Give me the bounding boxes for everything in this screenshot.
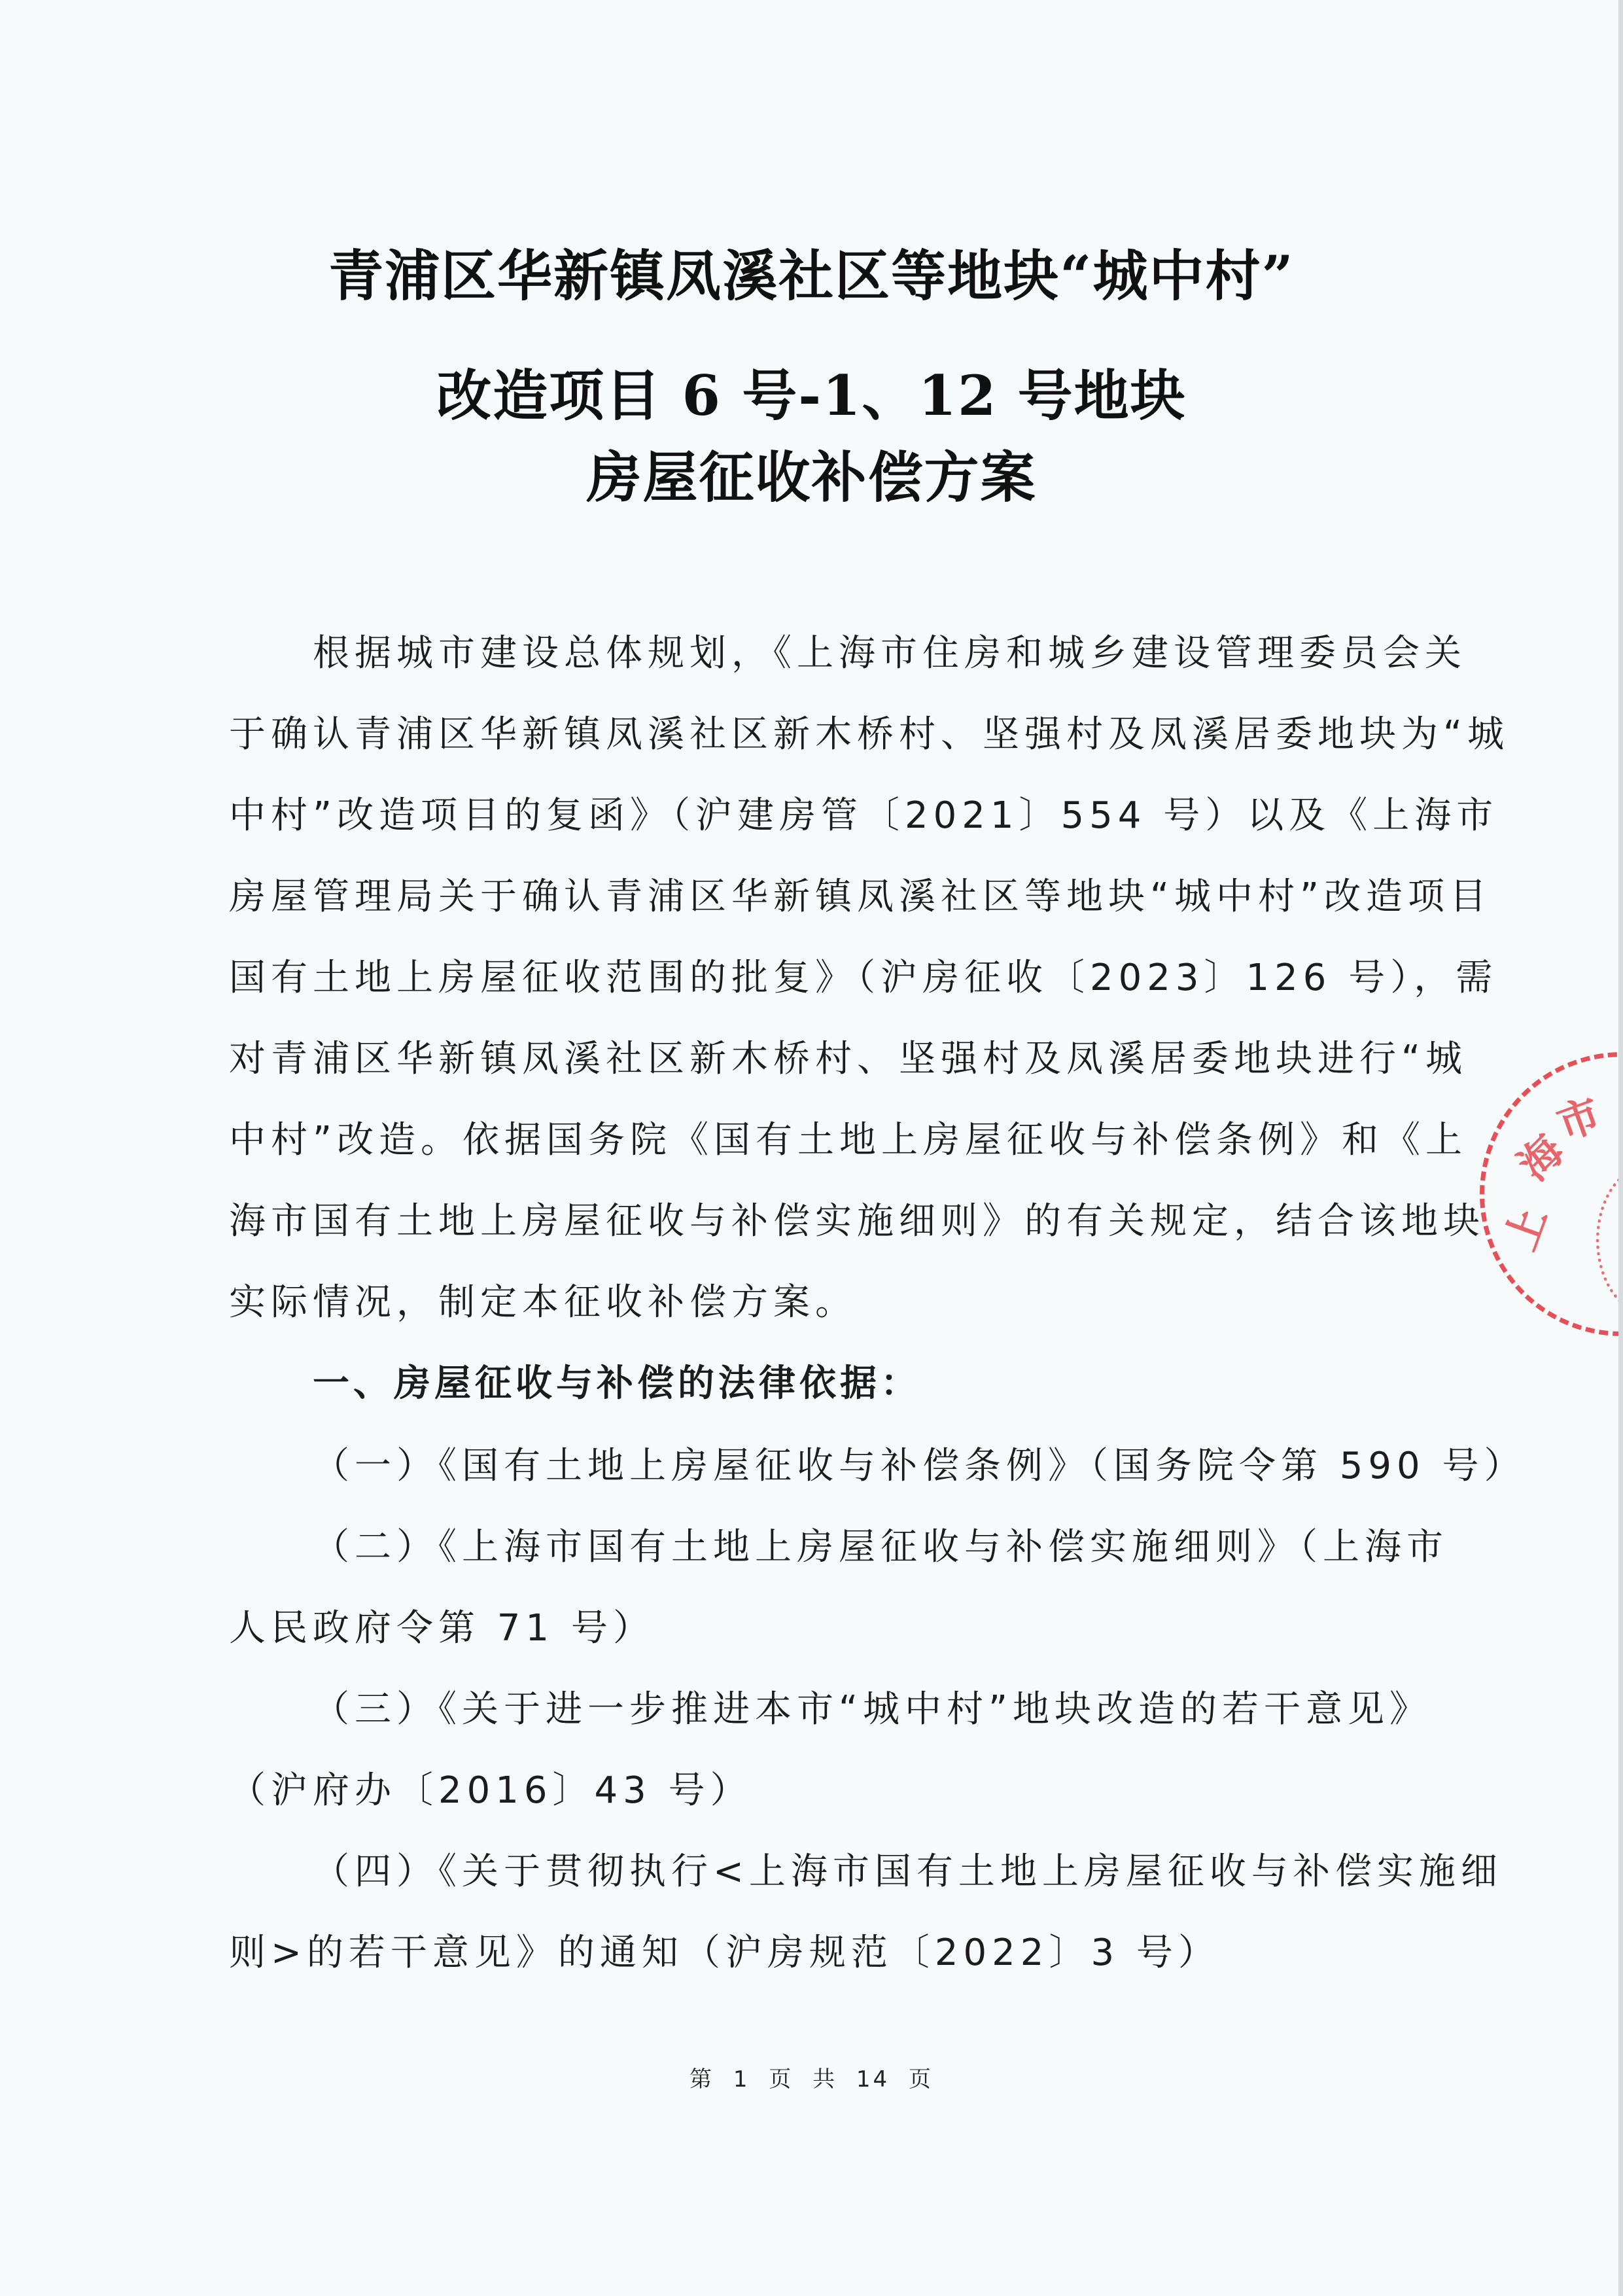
section-heading: 一、房屋征收与补偿的法律依据： — [313, 1361, 1406, 1407]
body-line: 实际情况，制定本征收补偿方案。 — [229, 1280, 1406, 1326]
scan-edge-shadow — [1618, 0, 1623, 2296]
body-line: 中村”改造项目的复函》（沪建房管〔2021〕554 号）以及《上海市 — [229, 793, 1406, 839]
legal-basis-item-3: （三）《关于进一步推进本市“城中村”地块改造的若干意见》 — [313, 1687, 1406, 1733]
legal-basis-item-3-cont: （沪府办〔2016〕43 号） — [229, 1768, 1406, 1814]
body-line: 海市国有土地上房屋征收与补偿实施细则》的有关规定，结合该地块 — [229, 1199, 1406, 1245]
document-title-line-2: 改造项目 6 号-1、12 号地块 — [0, 363, 1623, 429]
body-line: 于确认青浦区华新镇凤溪社区新木桥村、坚强村及凤溪居委地块为“城 — [229, 712, 1406, 758]
body-line: 对青浦区华新镇凤溪社区新木桥村、坚强村及凤溪居委地块进行“城 — [229, 1036, 1406, 1082]
legal-basis-item-2-cont: 人民政府令第 71 号） — [229, 1606, 1406, 1651]
body-line: 房屋管理局关于确认青浦区华新镇凤溪社区等地块“城中村”改造项目 — [229, 874, 1406, 920]
document-title-line-3: 房屋征收补偿方案 — [0, 445, 1623, 510]
body-line: 国有土地上房屋征收范围的批复》（沪房征收〔2023〕126 号），需 — [229, 955, 1406, 1001]
body-line: 根据城市建设总体规划，《上海市住房和城乡建设管理委员会关 — [313, 631, 1406, 677]
legal-basis-item-2: （二）《上海市国有土地上房屋征收与补偿实施细则》（上海市 — [313, 1525, 1406, 1570]
document-page: 青浦区华新镇凤溪社区等地块“城中村” 改造项目 6 号-1、12 号地块 房屋征… — [0, 0, 1623, 2296]
document-title-line-1: 青浦区华新镇凤溪社区等地块“城中村” — [0, 243, 1623, 309]
legal-basis-item-4: （四）《关于贯彻执行<上海市国有土地上房屋征收与补偿实施细 — [313, 1849, 1406, 1895]
page-number-footer: 第 1 页 共 14 页 — [0, 2061, 1623, 2093]
legal-basis-item-4-cont: 则>的若干意见》的通知（沪房规范〔2022〕3 号） — [229, 1930, 1406, 1976]
body-line: 中村”改造。依据国务院《国有土地上房屋征收与补偿条例》和《上 — [229, 1118, 1406, 1163]
legal-basis-item-1: （一）《国有土地上房屋征收与补偿条例》（国务院令第 590 号） — [313, 1443, 1406, 1489]
